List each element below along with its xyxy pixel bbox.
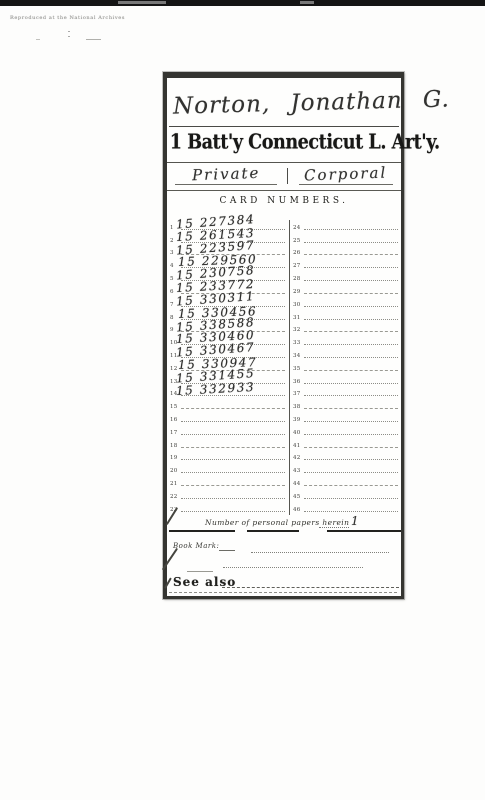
card-number-row: 35 (290, 361, 402, 374)
blank-entry-line (304, 370, 398, 371)
blank-entry-line (304, 319, 398, 320)
row-line-number: 43 (293, 468, 301, 474)
card-number-row: 37 (290, 387, 402, 400)
rank-in-handwritten: Private (192, 164, 261, 184)
scan-edge-light-segment (118, 1, 166, 4)
card-numbers-col-right: 2425262728293031323334353637383940414243… (289, 220, 402, 515)
book-mark-label: Book Mark: (173, 542, 219, 550)
blank-entry-line (304, 472, 398, 473)
row-line-number: 46 (293, 507, 301, 513)
blank-entry-line (304, 293, 398, 294)
blank-entry-line (304, 498, 398, 499)
card-number-row: 29 (290, 284, 402, 297)
blank-entry-line (304, 229, 398, 230)
blank-line (187, 571, 213, 572)
row-line-number: 44 (293, 481, 301, 487)
unit-row: 1 Batt'y Connecticut L. Art'y. (167, 126, 401, 163)
book-mark-leader-line (251, 552, 389, 553)
archives-stamp-text: Reproduced at the National Archives (10, 15, 125, 21)
blank-entry-line (304, 485, 398, 486)
card-numbers-heading: CARD NUMBERS. (167, 196, 401, 206)
blank-entry-line (181, 472, 285, 473)
blank-entry-line (181, 459, 285, 460)
rank-row: Private Corporal (167, 162, 401, 191)
blank-entry-line (181, 447, 285, 448)
soldier-name-handwritten: Norton, Jonathan G. (173, 86, 450, 119)
book-mark-row: Book Mark: (167, 540, 401, 554)
card-number-row: 18 (167, 438, 289, 451)
row-line-number: 37 (293, 391, 301, 397)
card-number-row: 15 (167, 399, 289, 412)
row-line-number: 18 (170, 443, 178, 449)
row-line-number: 21 (170, 481, 178, 487)
scan-edge-light-segment (300, 1, 314, 4)
card-number-row: 1415 332933 (167, 387, 289, 400)
row-line-number: 27 (293, 263, 301, 269)
divider-rule-segment (327, 530, 401, 532)
card-number-row: 36 (290, 374, 402, 387)
row-line-number: 8 (170, 315, 174, 321)
blank-entry-line (304, 383, 398, 384)
blank-entry-line (304, 421, 398, 422)
card-number-row: 20 (167, 463, 289, 476)
card-number-row: 23 (167, 502, 289, 515)
blank-line (223, 567, 363, 568)
card-number-row: 45 (290, 489, 402, 502)
scanned-archive-page: { "scan": { "stamp_text": "Reproduced at… (0, 0, 485, 800)
row-line-number: 20 (170, 468, 178, 474)
row-line-number: 3 (170, 250, 174, 256)
personal-papers-count-handwritten: 1 (351, 514, 359, 528)
blank-entry-line (304, 447, 398, 448)
see-also-leader-line (222, 587, 399, 588)
row-line-number: 24 (293, 225, 301, 231)
blank-entry-line (304, 511, 398, 512)
card-number-row: 40 (290, 425, 402, 438)
see-also-row: See also (167, 575, 401, 590)
row-line-number: 36 (293, 379, 301, 385)
row-line-number: 2 (170, 238, 174, 244)
row-line-number: 38 (293, 404, 301, 410)
blank-entry-line (304, 344, 398, 345)
blank-entry-line (304, 267, 398, 268)
soldier-name-row: Norton, Jonathan G. (169, 82, 399, 127)
blank-entry-line (304, 242, 398, 243)
row-line-number: 22 (170, 494, 178, 500)
divider-rule-segment (247, 530, 299, 532)
row-line-number: 17 (170, 430, 178, 436)
card-number-row: 27 (290, 258, 402, 271)
scan-speck (36, 39, 40, 40)
row-line-number: 41 (293, 443, 301, 449)
scan-speck (86, 39, 101, 40)
row-line-number: 6 (170, 289, 174, 295)
rank-in-cell: Private (167, 162, 285, 190)
row-line-number: 4 (170, 263, 174, 269)
card-number-row: 43 (290, 463, 402, 476)
divider-rule-segment (169, 530, 235, 532)
card-number-row: 25 (290, 233, 402, 246)
card-number-row: 19 (167, 451, 289, 464)
blank-entry-line (181, 485, 285, 486)
rank-out-cell: Corporal (291, 162, 401, 190)
row-line-number: 15 (170, 404, 178, 410)
blank-entry-line (181, 511, 285, 512)
card-number-row: 22 (167, 489, 289, 502)
row-line-number: 30 (293, 302, 301, 308)
row-line-number: 5 (170, 276, 174, 282)
blank-entry-line (304, 434, 398, 435)
book-mark-short-line (219, 550, 235, 551)
row-line-number: 34 (293, 353, 301, 359)
card-bottom-rule (169, 592, 397, 593)
row-line-number: 33 (293, 340, 301, 346)
blank-entry-line (304, 254, 398, 255)
row-line-number: 1 (170, 225, 174, 231)
scan-edge-bar (0, 0, 485, 6)
blank-entry-line (304, 357, 398, 358)
rank-divider-rule (287, 168, 288, 184)
card-number-row: 16 (167, 412, 289, 425)
card-number-row: 46 (290, 502, 402, 515)
card-number-row: 30 (290, 297, 402, 310)
card-numbers-col-left: 115 227384215 261543315 223597415 229560… (167, 220, 289, 515)
blank-entry-line (304, 395, 398, 396)
card-number-row: 38 (290, 399, 402, 412)
card-number-row: 17 (167, 425, 289, 438)
blank-entry-line (304, 280, 398, 281)
scan-speck (68, 31, 70, 37)
row-line-number: 19 (170, 455, 178, 461)
row-line-number: 25 (293, 238, 301, 244)
card-number-row: 31 (290, 310, 402, 323)
card-number-row: 33 (290, 335, 402, 348)
row-line-number: 26 (293, 250, 301, 256)
card-number-row: 21 (167, 476, 289, 489)
row-line-number: 9 (170, 327, 174, 333)
blank-entry-line (304, 408, 398, 409)
rank-underline (175, 184, 277, 185)
card-number-row: 34 (290, 348, 402, 361)
row-line-number: 40 (293, 430, 301, 436)
card-number-row: 41 (290, 438, 402, 451)
row-line-number: 32 (293, 327, 301, 333)
blank-entry-line (181, 434, 285, 435)
card-number-row: 42 (290, 451, 402, 464)
card-number-row: 24 (290, 220, 402, 233)
row-line-number: 42 (293, 455, 301, 461)
personal-papers-label: Number of personal papers herein (205, 518, 349, 527)
row-line-number: 7 (170, 302, 174, 308)
row-line-number: 31 (293, 315, 301, 321)
service-record-card: Norton, Jonathan G. 1 Batt'y Connecticut… (163, 72, 404, 599)
personal-papers-row: Number of personal papers herein 1 (167, 516, 401, 529)
row-line-number: 39 (293, 417, 301, 423)
card-number-row: 39 (290, 412, 402, 425)
row-line-number: 45 (293, 494, 301, 500)
blank-entry-line (304, 306, 398, 307)
rank-underline (299, 184, 393, 185)
blank-entry-line (181, 421, 285, 422)
card-number-row: 28 (290, 271, 402, 284)
blank-entry-line (181, 498, 285, 499)
personal-papers-leader-line (319, 527, 349, 528)
card-inner: Norton, Jonathan G. 1 Batt'y Connecticut… (167, 78, 401, 596)
row-line-number: 16 (170, 417, 178, 423)
unit-designation: 1 Batt'y Connecticut L. Art'y. (170, 131, 440, 155)
blank-entry-line (304, 331, 398, 332)
row-line-number: 29 (293, 289, 301, 295)
card-number-row: 26 (290, 246, 402, 259)
blank-entry-line (304, 459, 398, 460)
row-line-number: 35 (293, 366, 301, 372)
card-number-row: 44 (290, 476, 402, 489)
card-number-row: 32 (290, 323, 402, 336)
rank-out-handwritten: Corporal (304, 164, 388, 185)
blank-entry-line (181, 408, 285, 409)
row-line-number: 28 (293, 276, 301, 282)
